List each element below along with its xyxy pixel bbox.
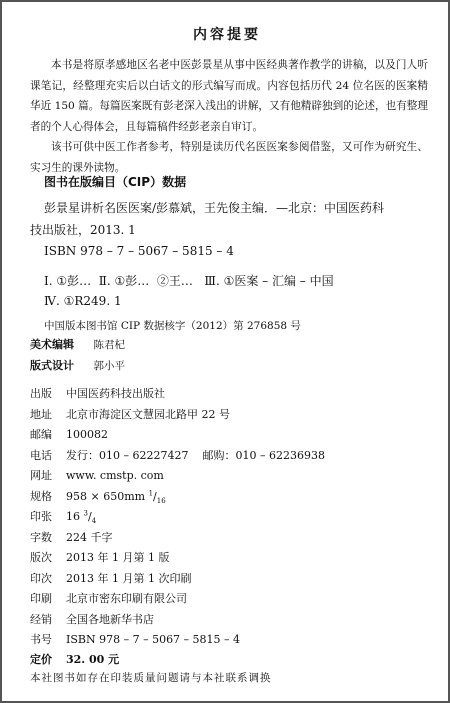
pub-row-postcode: 邮编100082 [30,426,108,442]
fraction-denominator: 4 [92,517,96,525]
row-value: 100082 [66,428,108,441]
page-title: 内容提要 [2,24,450,44]
pub-row-sheets: 印张16 3/4 [30,508,96,525]
pub-row-price: 定价32. 00 元 [30,651,119,667]
row-value: 北京市海淀区文慧园北路甲 22 号 [66,408,230,421]
row-value: ISBN 978 – 7 – 5067 – 5815 – 4 [66,633,240,646]
row-label: 出版 [30,385,66,401]
credit-value: 郭小平 [94,360,126,372]
row-label: 印张 [30,508,66,524]
row-label: 印次 [30,570,66,586]
row-label: 版次 [30,549,66,565]
pub-row-isbn: 书号ISBN 978 – 7 – 5067 – 5815 – 4 [30,631,240,647]
row-value: 全国各地新华书店 [66,613,154,626]
row-value: 224 千字 [66,531,113,544]
row-value: 发行：010 – 62227427 邮购：010 – 62236938 [66,449,325,462]
cip-classification-2: Ⅳ. ①R249. 1 [44,294,122,308]
pub-row-edition: 版次2013 年 1 月第 1 版 [30,549,169,565]
pub-row-printing: 印次2013 年 1 月第 1 次印刷 [30,570,191,586]
fraction-numerator: 3 [84,509,88,517]
row-label: 定价 [30,651,66,667]
row-value: 16 [66,510,80,523]
row-value: 中国医药科技出版社 [66,387,165,400]
cip-classification-1: Ⅰ. ①彭… Ⅱ. ①彭… ②王… Ⅲ. ①医案 – 汇编 – 中国 [44,272,334,289]
row-label: 字数 [30,529,66,545]
fraction-numerator: 1 [149,489,153,497]
row-label: 地址 [30,406,66,422]
quality-notice: 本社图书如存在印装质量问题请与本社联系调换 [30,670,272,685]
row-label: 书号 [30,631,66,647]
row-label: 规格 [30,488,66,504]
row-value: 32. 00 元 [66,653,119,666]
credit-label: 美术编辑 [30,336,90,352]
pub-row-address: 地址北京市海淀区文慧园北路甲 22 号 [30,406,230,422]
row-label: 邮编 [30,426,66,442]
row-value: 北京市密东印刷有限公司 [66,592,187,605]
row-label: 经销 [30,611,66,627]
row-value: 2013 年 1 月第 1 版 [66,551,169,564]
cip-heading: 图书在版编目（CIP）数据 [44,173,186,190]
row-value: 958 × 650mm [66,490,145,503]
book-copyright-page: 内容提要 本书是将原孝感地区名老中医彭景星从事中医经典著作教学的讲稿，以及门人听… [0,0,450,703]
cip-publisher-line: 技出版社，2013. 1 [30,221,136,238]
cip-record-number: 中国版本图书馆 CIP 数据核字（2012）第 276858 号 [44,318,301,333]
summary-paragraph-2: 该书可供中医工作者参考，特别是读历代名医医案参阅借鉴，又可作为研究生、实习生的课… [30,137,428,178]
pub-row-publisher: 出版中国医药科技出版社 [30,385,165,401]
pub-row-format: 规格958 × 650mm 1/16 [30,488,166,505]
pub-row-distributor: 经销全国各地新华书店 [30,611,154,627]
pub-row-printer: 印刷北京市密东印刷有限公司 [30,590,187,606]
row-label: 网址 [30,467,66,483]
credit-value: 陈君杞 [94,339,126,351]
pub-row-website: 网址www. cmstp. com [30,467,164,483]
fraction-denominator: 16 [157,497,166,505]
credit-art-editor: 美术编辑 陈君杞 [30,336,125,352]
credit-layout-design: 版式设计 郭小平 [30,357,125,373]
cip-isbn: ISBN 978 – 7 – 5067 – 5815 – 4 [44,244,234,258]
cip-title-line: 彭景星讲析名医医案/彭慕斌，王先俊主编．—北京：中国医药科 [44,199,384,216]
row-value: 2013 年 1 月第 1 次印刷 [66,572,191,585]
pub-row-phone: 电话发行：010 – 62227427 邮购：010 – 62236938 [30,447,325,463]
row-label: 电话 [30,447,66,463]
row-value: www. cmstp. com [66,469,164,482]
row-label: 印刷 [30,590,66,606]
summary-paragraph-1: 本书是将原孝感地区名老中医彭景星从事中医经典著作教学的讲稿，以及门人听课笔记，经… [30,55,428,137]
credit-label: 版式设计 [30,357,90,373]
pub-row-word-count: 字数224 千字 [30,529,113,545]
